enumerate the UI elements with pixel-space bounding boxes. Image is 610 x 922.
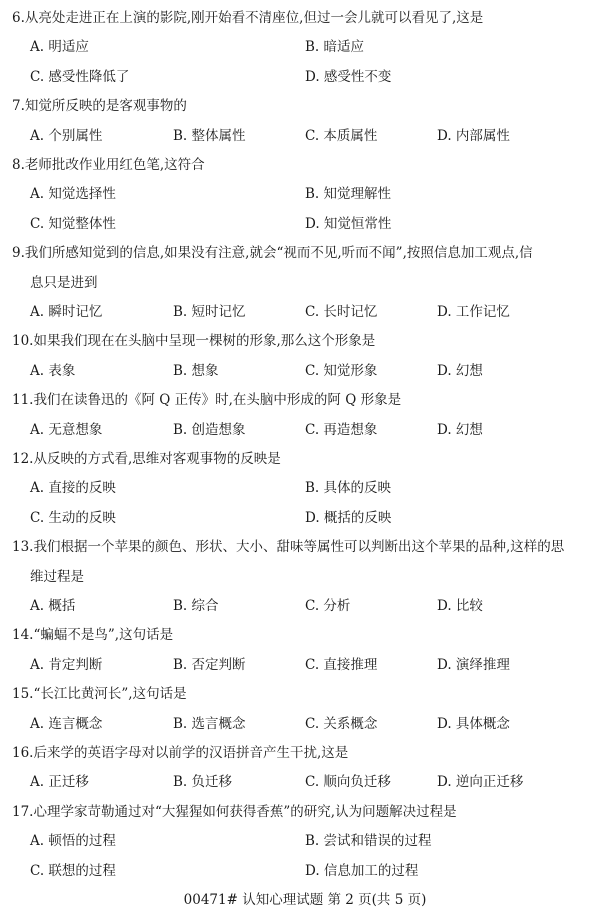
- option-a: A. 个别属性: [30, 122, 102, 151]
- option-a: A. 正迁移: [30, 768, 89, 797]
- question-stem: 17.心理学家苛勒通过对“大猩猩如何获得香蕉”的研究,认为问题解决过程是: [0, 798, 610, 827]
- options-row: C. 感受性降低了D. 感受性不变: [0, 63, 610, 92]
- option-b: B. 选言概念: [173, 710, 246, 739]
- option-a: A. 直接的反映: [30, 474, 116, 503]
- question-text: 从亮处走进正在上演的影院,刚开始看不清座位,但过一会儿就可以看见了,这是: [25, 10, 483, 26]
- question-text: 我们在读鲁迅的《阿 Q 正传》时,在头脑中形成的阿 Q 形象是: [33, 392, 401, 408]
- question-text: 老师批改作业用红色笔,这符合: [25, 157, 205, 173]
- option-a: A. 肯定判断: [30, 651, 102, 680]
- question-stem: 11.我们在读鲁迅的《阿 Q 正传》时,在头脑中形成的阿 Q 形象是: [0, 386, 610, 415]
- option-d: D. 感受性不变: [305, 63, 391, 92]
- question-text: 后来学的英语字母对以前学的汉语拼音产生干扰,这是: [33, 745, 348, 761]
- option-c: C. 本质属性: [305, 122, 377, 151]
- option-b: B. 知觉理解性: [305, 180, 391, 209]
- option-c: C. 再造想象: [305, 416, 377, 445]
- option-b: B. 整体属性: [173, 122, 246, 151]
- question-text: 心理学家苛勒通过对“大猩猩如何获得香蕉”的研究,认为问题解决过程是: [33, 804, 456, 820]
- options-row: A. 无意想象B. 创造想象C. 再造想象D. 幻想: [0, 416, 610, 445]
- question-stem: 13.我们根据一个苹果的颜色、形状、大小、甜味等属性可以判断出这个苹果的品种,这…: [0, 533, 610, 562]
- option-b: B. 短时记忆: [173, 298, 246, 327]
- question-text: 从反映的方式看,思维对客观事物的反映是: [33, 451, 280, 467]
- question-text: “长江比黄河长”,这句话是: [33, 686, 186, 702]
- question-text: 我们根据一个苹果的颜色、形状、大小、甜味等属性可以判断出这个苹果的品种,这样的思: [33, 539, 564, 555]
- question-stem-continued: 维过程是: [0, 563, 610, 592]
- page-footer: 00471# 认知心理试题 第 2 页(共 5 页): [0, 886, 610, 915]
- options-row: A. 正迁移B. 负迁移C. 顺向负迁移D. 逆向正迁移: [0, 768, 610, 797]
- option-a: A. 概括: [30, 592, 75, 621]
- option-d: D. 具体概念: [437, 710, 510, 739]
- question-text: “蝙蝠不是鸟”,这句话是: [33, 627, 173, 643]
- option-c: C. 知觉形象: [305, 357, 377, 386]
- option-d: D. 内部属性: [437, 122, 510, 151]
- question-number: 12.: [12, 451, 33, 467]
- option-d: D. 信息加工的过程: [305, 857, 418, 886]
- question-stem: 6.从亮处走进正在上演的影院,刚开始看不清座位,但过一会儿就可以看见了,这是: [0, 4, 610, 33]
- question-stem: 8.老师批改作业用红色笔,这符合: [0, 151, 610, 180]
- option-b: B. 综合: [173, 592, 219, 621]
- option-b: B. 暗适应: [305, 33, 364, 62]
- question-stem: 15.“长江比黄河长”,这句话是: [0, 680, 610, 709]
- question-stem: 7.知觉所反映的是客观事物的: [0, 92, 610, 121]
- question-stem-continued: 息只是进到: [0, 269, 610, 298]
- option-a: A. 连言概念: [30, 710, 102, 739]
- options-row: A. 瞬时记忆B. 短时记忆C. 长时记忆D. 工作记忆: [0, 298, 610, 327]
- question-stem: 16.后来学的英语字母对以前学的汉语拼音产生干扰,这是: [0, 739, 610, 768]
- options-row: C. 联想的过程D. 信息加工的过程: [0, 857, 610, 886]
- option-b: B. 尝试和错误的过程: [305, 827, 432, 856]
- options-row: A. 肯定判断B. 否定判断C. 直接推理D. 演绎推理: [0, 651, 610, 680]
- options-row: A. 表象B. 想象C. 知觉形象D. 幻想: [0, 357, 610, 386]
- option-d: D. 演绎推理: [437, 651, 510, 680]
- options-row: C. 知觉整体性D. 知觉恒常性: [0, 210, 610, 239]
- option-b: B. 负迁移: [173, 768, 232, 797]
- option-c: C. 生动的反映: [30, 504, 116, 533]
- question-stem: 10.如果我们现在在头脑中呈现一棵树的形象,那么这个形象是: [0, 327, 610, 356]
- option-a: A. 无意想象: [30, 416, 102, 445]
- option-c: C. 感受性降低了: [30, 63, 129, 92]
- question-text-continued: 维过程是: [30, 569, 84, 585]
- option-a: A. 顿悟的过程: [30, 827, 116, 856]
- question-number: 15.: [12, 686, 33, 702]
- question-number: 8.: [12, 157, 25, 173]
- question-number: 17.: [12, 804, 33, 820]
- question-text: 知觉所反映的是客观事物的: [25, 98, 187, 114]
- option-a: A. 知觉选择性: [30, 180, 116, 209]
- question-number: 14.: [12, 627, 33, 643]
- option-a: A. 明适应: [30, 33, 89, 62]
- option-d: D. 逆向正迁移: [437, 768, 523, 797]
- option-c: C. 知觉整体性: [30, 210, 116, 239]
- question-stem: 9.我们所感知觉到的信息,如果没有注意,就会“视而不见,听而不闻”,按照信息加工…: [0, 239, 610, 268]
- option-b: B. 想象: [173, 357, 219, 386]
- option-d: D. 幻想: [437, 357, 483, 386]
- option-d: D. 幻想: [437, 416, 483, 445]
- options-row: A. 知觉选择性B. 知觉理解性: [0, 180, 610, 209]
- question-number: 11.: [12, 392, 33, 408]
- exam-page: 6.从亮处走进正在上演的影院,刚开始看不清座位,但过一会儿就可以看见了,这是A.…: [0, 0, 610, 922]
- option-b: B. 具体的反映: [305, 474, 391, 503]
- option-c: C. 分析: [305, 592, 350, 621]
- question-text: 我们所感知觉到的信息,如果没有注意,就会“视而不见,听而不闻”,按照信息加工观点…: [25, 245, 533, 261]
- option-d: D. 概括的反映: [305, 504, 391, 533]
- question-stem: 12.从反映的方式看,思维对客观事物的反映是: [0, 445, 610, 474]
- option-b: B. 否定判断: [173, 651, 246, 680]
- question-text-continued: 息只是进到: [30, 275, 98, 291]
- options-row: C. 生动的反映D. 概括的反映: [0, 504, 610, 533]
- option-a: A. 瞬时记忆: [30, 298, 102, 327]
- options-row: A. 个别属性B. 整体属性C. 本质属性D. 内部属性: [0, 122, 610, 151]
- options-row: A. 直接的反映B. 具体的反映: [0, 474, 610, 503]
- options-row: A. 顿悟的过程B. 尝试和错误的过程: [0, 827, 610, 856]
- option-c: C. 长时记忆: [305, 298, 377, 327]
- option-c: C. 顺向负迁移: [305, 768, 391, 797]
- question-number: 7.: [12, 98, 25, 114]
- options-row: A. 连言概念B. 选言概念C. 关系概念D. 具体概念: [0, 710, 610, 739]
- question-number: 6.: [12, 10, 25, 26]
- option-b: B. 创造想象: [173, 416, 246, 445]
- question-number: 10.: [12, 333, 33, 349]
- options-row: A. 概括B. 综合C. 分析D. 比较: [0, 592, 610, 621]
- option-d: D. 比较: [437, 592, 483, 621]
- option-d: D. 知觉恒常性: [305, 210, 391, 239]
- option-d: D. 工作记忆: [437, 298, 510, 327]
- option-c: C. 联想的过程: [30, 857, 116, 886]
- question-stem: 14.“蝙蝠不是鸟”,这句话是: [0, 621, 610, 650]
- question-text: 如果我们现在在头脑中呈现一棵树的形象,那么这个形象是: [33, 333, 375, 349]
- option-c: C. 关系概念: [305, 710, 377, 739]
- option-c: C. 直接推理: [305, 651, 377, 680]
- question-number: 16.: [12, 745, 33, 761]
- option-a: A. 表象: [30, 357, 75, 386]
- options-row: A. 明适应B. 暗适应: [0, 33, 610, 62]
- question-number: 9.: [12, 245, 25, 261]
- question-number: 13.: [12, 539, 33, 555]
